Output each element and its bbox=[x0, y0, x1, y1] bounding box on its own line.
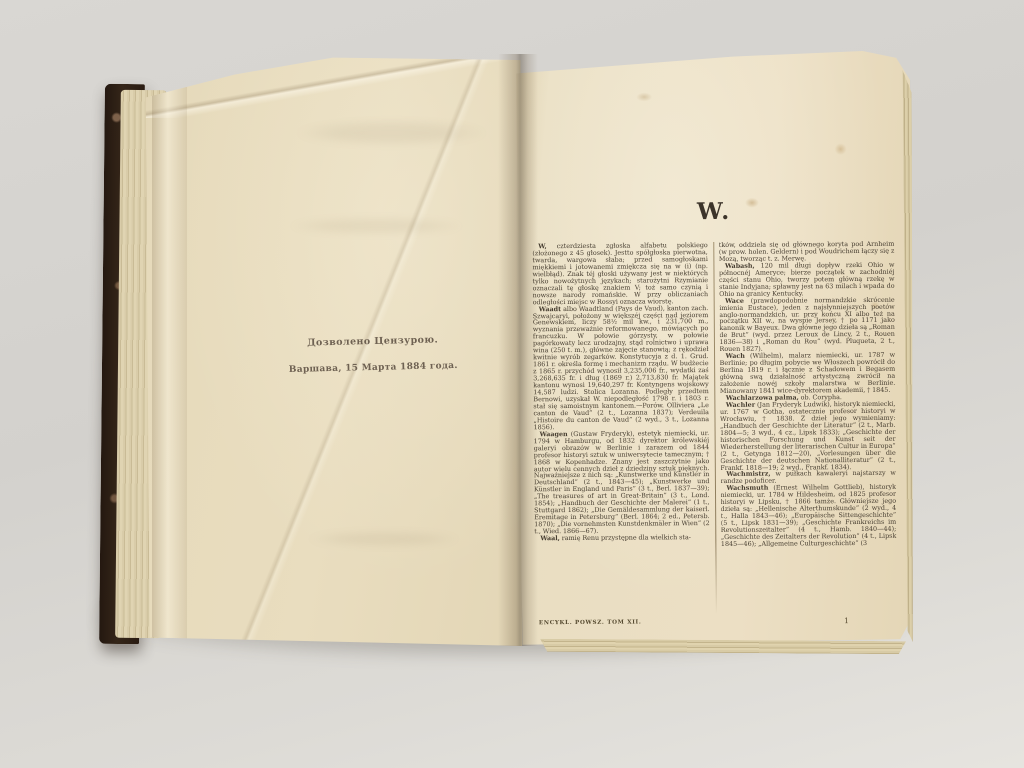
show-through-smudge bbox=[293, 120, 490, 146]
encyclopedia-entry: W, czterdziesta zgłoska alfabetu polskie… bbox=[532, 242, 708, 306]
entry-text: czterdziesta zgłoska alfabetu polskiego … bbox=[532, 242, 708, 306]
entry-text: (Ernest Wilhelm Gottlieb), historyk niem… bbox=[721, 483, 897, 548]
censor-stamp: Дозволено Цензурою. Варшава, 15 Марта 18… bbox=[288, 334, 459, 375]
section-heading-letter-w: W. bbox=[517, 197, 911, 227]
foxing-spot bbox=[835, 143, 847, 155]
entry-text: (Wilhelm), malarz niemiecki, ur. 1787 w … bbox=[720, 351, 896, 395]
entry-text: ramię Renu przystępne dla wielkich sta- bbox=[560, 533, 691, 542]
entry-text: (Gustaw Fryderyk), estetyk niemiecki, ur… bbox=[534, 429, 710, 536]
right-page: W. W, czterdziesta zgłoska alfabetu pols… bbox=[516, 51, 914, 646]
stamp-line-1: Дозволено Цензурою. bbox=[288, 334, 458, 349]
left-page: Дозволено Цензурою. Варшава, 15 Марта 18… bbox=[128, 48, 522, 652]
entry-text: tków, oddziela się od głównego koryta po… bbox=[719, 241, 895, 263]
encyclopedia-entry: Wabash, 120 mil długi dopływ rzeki Ohio … bbox=[719, 262, 895, 298]
left-text-column: W, czterdziesta zgłoska alfabetu polskie… bbox=[532, 242, 710, 615]
photo-of-open-book: Дозволено Цензурою. Варшава, 15 Марта 18… bbox=[0, 0, 1024, 768]
show-through-smudge bbox=[305, 531, 463, 547]
encyclopedia-entry: Waagen (Gustaw Fryderyk), estetyk niemie… bbox=[534, 430, 710, 536]
right-text-column: tków, oddziela się od głównego koryta po… bbox=[719, 241, 897, 614]
encyclopedia-entry: tków, oddziela się od głównego koryta po… bbox=[719, 241, 895, 263]
page-number: 1 bbox=[844, 616, 849, 625]
page-fold-band bbox=[152, 66, 187, 640]
text-columns: W, czterdziesta zgłoska alfabetu polskie… bbox=[532, 241, 897, 616]
encyclopedia-entry: Waadt albo Waadtland (Pays de Vaud), kan… bbox=[533, 305, 709, 431]
show-through-smudge bbox=[286, 217, 467, 235]
encyclopedia-entry: Waal, ramię Renu przystępne dla wielkich… bbox=[534, 534, 710, 542]
encyclopedia-entry: Wace (prawdopodobnie normandzkie skrócen… bbox=[719, 296, 895, 353]
stamp-line-2: Варшава, 15 Марта 1884 года. bbox=[288, 361, 458, 375]
page-footer: ENCYKL. POWSZ. TOM XII. 1 bbox=[535, 616, 897, 633]
encyclopedia-entry: Wachler (Jan Fryderyk Ludwik), historyk … bbox=[720, 401, 896, 472]
entry-term: Waal, bbox=[540, 534, 560, 542]
column-divider-rule bbox=[713, 242, 717, 614]
entry-text: albo Waadtland (Pays de Vaud), kanton za… bbox=[533, 304, 709, 431]
encyclopedia-entry: Wachsmuth (Ernest Wilhelm Gottlieb), his… bbox=[720, 484, 896, 548]
bottom-page-edge-stack bbox=[540, 639, 906, 655]
entry-text: (prawdopodobnie normandzkie skrócenie im… bbox=[719, 295, 895, 353]
entry-text: (Jan Fryderyk Ludwik), historyk niemieck… bbox=[720, 400, 896, 472]
leaf-edge-highlight bbox=[144, 48, 522, 118]
foxing-spot bbox=[636, 92, 652, 101]
encyclopedia-entry: Wach (Wilhelm), malarz niemiecki, ur. 17… bbox=[720, 352, 896, 395]
footer-imprint: ENCYKL. POWSZ. TOM XII. bbox=[539, 620, 642, 627]
